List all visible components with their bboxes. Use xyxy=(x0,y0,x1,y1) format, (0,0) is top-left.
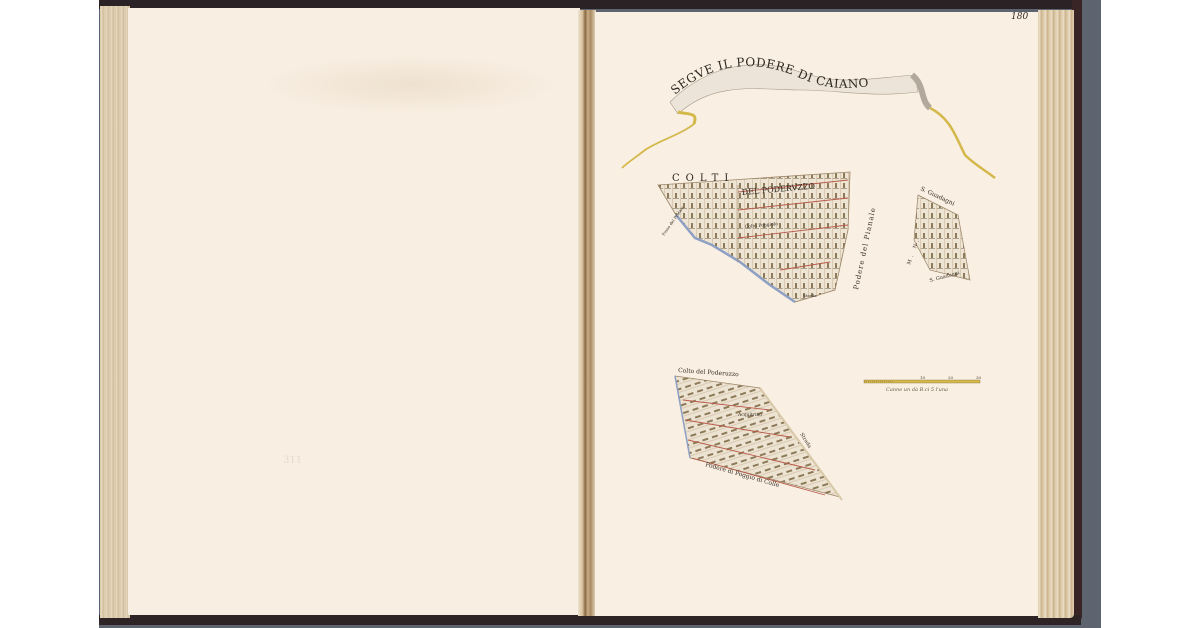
map-drawings: COLTI DEL PODERVZZO Podere del Pianale F… xyxy=(0,0,1200,628)
scale-tick-3: 30 xyxy=(976,375,982,380)
scale-tick-1: 10 xyxy=(920,375,926,380)
parcel-2-label-west: M. N. xyxy=(906,236,922,265)
parcel-1-title-a: COLTI xyxy=(672,173,734,184)
parcel-3-label-center: Acquitrino xyxy=(737,412,762,418)
parcel-guadagni: S. Guadagni S. Guadagni M. N. xyxy=(906,185,970,283)
parcel-1-label-south: Strada xyxy=(803,293,817,298)
scale-tick-2: 20 xyxy=(948,375,954,380)
scale-bar: 10 20 30 xyxy=(864,375,982,383)
parcel-colti-poderuzzo: COLTI DEL PODERVZZO Podere del Pianale F… xyxy=(658,172,877,302)
scale-caption: Canne un dà B.ci 5 l'una xyxy=(886,387,948,393)
parcel-3-label-north: Colto del Poderuzzo xyxy=(678,367,739,378)
parcel-1-label-east: Podere del Pianale xyxy=(852,206,877,290)
parcel-poggio-colle: Colto del Poderuzzo Podere di Poggio di … xyxy=(675,367,842,500)
